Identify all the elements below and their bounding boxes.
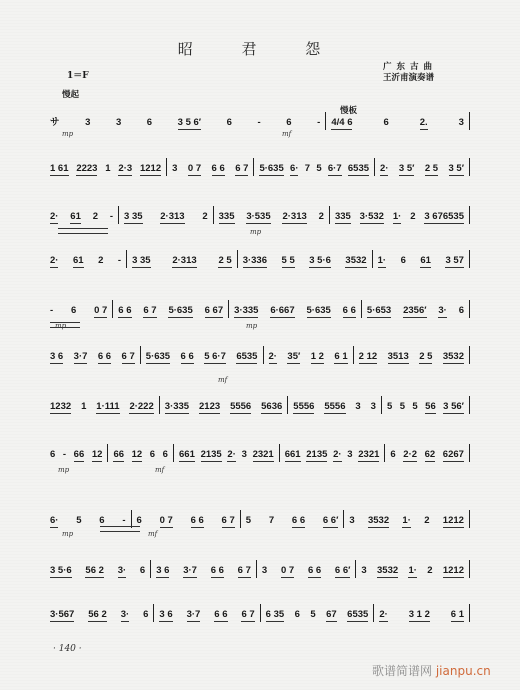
note-group: 6 6′ bbox=[323, 515, 338, 528]
measure: 5·6532356′3·6 bbox=[362, 300, 470, 318]
note-group: 2 bbox=[93, 211, 98, 224]
measure: 3·335212355565636 bbox=[160, 396, 289, 414]
measure: 1·6613 57 bbox=[373, 250, 470, 268]
page-number: · 140 · bbox=[53, 644, 82, 654]
note-group: 5 bbox=[387, 401, 392, 414]
measure: 3 352·3132 bbox=[119, 206, 214, 224]
note-group: - bbox=[110, 211, 113, 224]
note-group: 335 bbox=[219, 211, 235, 224]
measure: -60 7 bbox=[50, 300, 113, 318]
note-group: 61 bbox=[420, 255, 431, 268]
dynamic-marking: mp bbox=[62, 530, 73, 538]
note-group: 5·635 bbox=[168, 305, 192, 318]
note-group: 3 6 bbox=[156, 565, 169, 578]
note-group: 3532 bbox=[345, 255, 366, 268]
key-signature: 1＝F bbox=[67, 68, 89, 81]
notation-row: 3 5·656 23·63 63·76 66 730 76 66 6′33532… bbox=[50, 560, 470, 578]
note-group: 6 bbox=[143, 609, 148, 622]
measure: 66121352·32321 bbox=[174, 444, 280, 462]
dynamic-marking: mp bbox=[62, 130, 73, 138]
note-group: 6·667 bbox=[270, 305, 294, 318]
measure: 3 5·656 23·6 bbox=[50, 560, 151, 578]
source-origin: 广东古曲 bbox=[383, 62, 437, 73]
watermark-en: jianpu.cn bbox=[436, 664, 491, 678]
watermark-cn: 歌谱简谱网 bbox=[372, 664, 432, 678]
note-group: 2·313 bbox=[160, 211, 184, 224]
note-group: 6 7 bbox=[122, 351, 135, 364]
note-group: 6 6 bbox=[214, 609, 227, 622]
note-group: 0 7 bbox=[281, 565, 294, 578]
note-group: 2321 bbox=[358, 449, 379, 462]
note-group: 61 bbox=[70, 211, 81, 224]
note-group: 5·635 bbox=[259, 163, 283, 176]
note-group: 12 bbox=[92, 449, 103, 462]
note-group: 335 bbox=[335, 211, 351, 224]
note-group: 2· bbox=[227, 449, 235, 462]
note-group: 3· bbox=[438, 305, 446, 318]
source-arranger: 王沂甫演奏谱 bbox=[383, 73, 437, 84]
note-group: 1· bbox=[378, 255, 386, 268]
note-group: 2·2 bbox=[403, 449, 417, 462]
note-group: 3·532 bbox=[360, 211, 384, 224]
note-group: - bbox=[118, 255, 121, 268]
measure: 6-6612 bbox=[50, 444, 108, 462]
source-attribution: 广东古曲 王沂甫演奏谱 bbox=[383, 62, 437, 84]
note-group: 2 bbox=[427, 565, 432, 578]
note-group: 3 5 6′ bbox=[178, 117, 201, 130]
notation-row: 1 61222312·3121230 76 66 75·6356·756·765… bbox=[50, 158, 470, 176]
note-group: 2· bbox=[333, 449, 341, 462]
note-group: 5 bbox=[400, 401, 405, 414]
note-group: 6 6 bbox=[211, 565, 224, 578]
note-group: 1 61 bbox=[50, 163, 69, 176]
note-group: 6· bbox=[290, 163, 298, 176]
note-group: 6 bbox=[150, 449, 155, 462]
note-group: 6 bbox=[227, 117, 232, 130]
note-group: 5·635 bbox=[146, 351, 170, 364]
measure: 62·2626267 bbox=[385, 444, 470, 462]
measure: 4/4 662.3 bbox=[326, 112, 470, 130]
note-group: 3·535 bbox=[246, 211, 270, 224]
note-group: 3 bbox=[371, 401, 376, 414]
dynamic-marking: mp bbox=[250, 228, 261, 236]
note-group: 6267 bbox=[443, 449, 464, 462]
note-group: 2 bbox=[410, 211, 415, 224]
note-group: - bbox=[50, 305, 53, 318]
score-title: 昭 君 怨 bbox=[0, 38, 520, 59]
note-group: 2223 bbox=[76, 163, 97, 176]
note-group: 3 bbox=[347, 449, 352, 462]
measure: 2·35′1 26 1 bbox=[264, 346, 354, 364]
note-group: 1 bbox=[105, 163, 110, 176]
notation-row: 3·56756 23·63 63·76 66 76 35656765352·3 … bbox=[50, 604, 470, 622]
note-group: 3· bbox=[121, 609, 129, 622]
measure: 60 76 66 7 bbox=[132, 510, 241, 528]
note-group: 6 bbox=[50, 449, 55, 462]
note-group: 6 6 bbox=[118, 305, 131, 318]
note-group: 2· bbox=[379, 609, 387, 622]
measure: 3353·5321·23 676535 bbox=[330, 206, 470, 224]
note-group: 1· bbox=[402, 515, 410, 528]
opening-tempo: 慢起 bbox=[62, 88, 79, 100]
dynamic-marking: mf bbox=[155, 466, 164, 474]
note-group: 6535 bbox=[347, 609, 368, 622]
measure: 5556555633 bbox=[288, 396, 382, 414]
note-group: 6 67 bbox=[205, 305, 224, 318]
note-group: 3 bbox=[361, 565, 366, 578]
dynamic-marking: mf bbox=[148, 530, 157, 538]
note-group: - bbox=[63, 449, 66, 462]
measure: 2 1235132 53532 bbox=[354, 346, 470, 364]
measure: 2·3 5′2 53 5′ bbox=[375, 158, 470, 176]
note-group: 67 bbox=[326, 609, 337, 622]
note-group: 2321 bbox=[253, 449, 274, 462]
note-group: 2135 bbox=[201, 449, 222, 462]
note-group: 2 12 bbox=[359, 351, 378, 364]
note-group: 0 7 bbox=[188, 163, 201, 176]
measure: 6 66 75·6356 67 bbox=[113, 300, 229, 318]
note-group: 1· bbox=[408, 565, 416, 578]
note-group: 66 bbox=[74, 449, 85, 462]
note-group: 3 57 bbox=[445, 255, 464, 268]
measure: 5·6356 65 6·76535 bbox=[141, 346, 264, 364]
note-group: 5556 bbox=[293, 401, 314, 414]
note-group: - bbox=[317, 117, 320, 130]
note-group: 2· bbox=[50, 255, 58, 268]
note-group: 6· bbox=[50, 515, 58, 528]
hairpin-decrescendo bbox=[100, 526, 140, 532]
measure: 3 63·76 66 7 bbox=[50, 346, 141, 364]
note-group: 3 bbox=[459, 117, 464, 130]
note-group: 5556 bbox=[324, 401, 345, 414]
note-group: 2· bbox=[380, 163, 388, 176]
note-group: 5556 bbox=[230, 401, 251, 414]
watermark: 歌谱简谱网 jianpu.cn bbox=[372, 662, 491, 679]
measure: 3 63·76 66 7 bbox=[154, 604, 260, 622]
note-group: 61 bbox=[73, 255, 84, 268]
measure: 30 76 66 7 bbox=[167, 158, 254, 176]
note-group: 3· bbox=[118, 565, 126, 578]
note-group: 2. bbox=[420, 117, 428, 130]
note-group: 3532 bbox=[443, 351, 464, 364]
note-group: 6 6 bbox=[308, 565, 321, 578]
note-group: 6 bbox=[147, 117, 152, 130]
hairpin-decrescendo bbox=[50, 322, 80, 328]
note-group: 3532 bbox=[377, 565, 398, 578]
note-group: 3 56′ bbox=[443, 401, 464, 414]
measure: 576 66 6′ bbox=[241, 510, 345, 528]
note-group: 2 5 bbox=[218, 255, 231, 268]
note-group: 1212 bbox=[443, 515, 464, 528]
measure: 123211·1112·222 bbox=[50, 396, 160, 414]
measure: 3·3365 53 5·63532 bbox=[238, 250, 373, 268]
note-group: 5 bbox=[246, 515, 251, 528]
measure: 2·3 1 26 1 bbox=[374, 604, 470, 622]
note-group: 6 7 bbox=[222, 515, 235, 528]
measure: 3 352·3132 5 bbox=[127, 250, 238, 268]
note-group: 6 bbox=[140, 565, 145, 578]
note-group: 6 6 bbox=[292, 515, 305, 528]
note-group: 5 bbox=[76, 515, 81, 528]
note-group: 7 bbox=[269, 515, 274, 528]
note-group: 56 2 bbox=[88, 609, 107, 622]
measure: サ3363 5 6′6-6- bbox=[50, 112, 326, 130]
note-group: 3·7 bbox=[183, 565, 197, 578]
note-group: 3 bbox=[172, 163, 177, 176]
note-group: 3 35 bbox=[124, 211, 143, 224]
note-group: 3 bbox=[349, 515, 354, 528]
note-group: 3 bbox=[85, 117, 90, 130]
note-group: 6 bbox=[295, 609, 300, 622]
note-group: 6 1 bbox=[451, 609, 464, 622]
note-group: 6 7 bbox=[235, 163, 248, 176]
note-group: 6 6 bbox=[98, 351, 111, 364]
note-group: 6 7 bbox=[241, 609, 254, 622]
note-group: 4/4 6 bbox=[331, 117, 352, 130]
note-group: 2 5 bbox=[419, 351, 432, 364]
note-group: 3513 bbox=[388, 351, 409, 364]
note-group: 2 bbox=[98, 255, 103, 268]
note-group: 0 7 bbox=[94, 305, 107, 318]
note-group: 3·7 bbox=[74, 351, 88, 364]
note-group: 6 7 bbox=[238, 565, 251, 578]
note-group: 3532 bbox=[368, 515, 389, 528]
note-group: 3 6 bbox=[50, 351, 63, 364]
note-group: 2 5 bbox=[425, 163, 438, 176]
note-group: 2135 bbox=[306, 449, 327, 462]
note-group: 3·567 bbox=[50, 609, 74, 622]
note-group: 3 1 2 bbox=[409, 609, 430, 622]
note-group: 66 bbox=[113, 449, 124, 462]
note-group: 6 35 bbox=[266, 609, 285, 622]
note-group: 7 bbox=[305, 163, 310, 176]
note-group: 5 5 bbox=[282, 255, 295, 268]
note-group: 35′ bbox=[287, 351, 300, 364]
note-group: 3·335 bbox=[234, 305, 258, 318]
note-group: 3 5·6 bbox=[50, 565, 72, 578]
note-group: 5 bbox=[316, 163, 321, 176]
note-group: 1·111 bbox=[96, 401, 119, 414]
measure: 555563 56′ bbox=[382, 396, 470, 414]
notation-row: サ3363 5 6′6-6-4/4 662.3 bbox=[50, 112, 470, 130]
notation-row: 6-661266126666121352·3232166121352·32321… bbox=[50, 444, 470, 462]
note-group: 56 bbox=[425, 401, 436, 414]
dynamic-marking: mf bbox=[218, 376, 227, 384]
note-group: 2·222 bbox=[129, 401, 153, 414]
measure: 3·56756 23·6 bbox=[50, 604, 154, 622]
note-group: 2356′ bbox=[403, 305, 426, 318]
note-group: 1 bbox=[81, 401, 86, 414]
note-group: 5·635 bbox=[307, 305, 331, 318]
note-group: 6·7 bbox=[328, 163, 342, 176]
note-group: 2· bbox=[269, 351, 277, 364]
note-group: 6 6 bbox=[212, 163, 225, 176]
measure: 1 61222312·31212 bbox=[50, 158, 167, 176]
measure: 5·6356·756·76535 bbox=[254, 158, 375, 176]
note-group: 1232 bbox=[50, 401, 71, 414]
measure: 335321·21212 bbox=[356, 560, 470, 578]
note-group: 2 bbox=[202, 211, 207, 224]
note-group: 0 7 bbox=[160, 515, 173, 528]
note-group: 3·335 bbox=[165, 401, 189, 414]
note-group: 62 bbox=[425, 449, 436, 462]
note-group: 5636 bbox=[261, 401, 282, 414]
note-group: 3 5·6 bbox=[309, 255, 331, 268]
note-group: 6 bbox=[459, 305, 464, 318]
note-group: 6 bbox=[71, 305, 76, 318]
note-group: 6 1 bbox=[334, 351, 347, 364]
note-group: 5 bbox=[412, 401, 417, 414]
note-group: 6 6 bbox=[191, 515, 204, 528]
note-group: 661 bbox=[285, 449, 301, 462]
note-group: 6 bbox=[390, 449, 395, 462]
notation-row: 2·612-3 352·3132 53·3365 53 5·635321·661… bbox=[50, 250, 470, 268]
score-page: 昭 君 怨 1＝F 慢起 广东古曲 王沂甫演奏谱 慢板 サ3363 5 6′6-… bbox=[0, 0, 520, 690]
measure: 66121352·32321 bbox=[280, 444, 386, 462]
note-group: 56 2 bbox=[85, 565, 104, 578]
measure: 30 76 66 6′ bbox=[257, 560, 357, 578]
note-group: 3 35 bbox=[132, 255, 151, 268]
note-group: 1· bbox=[393, 211, 401, 224]
notation-row: -60 76 66 75·6356 673·3356·6675·6356 65·… bbox=[50, 300, 470, 318]
dynamic-marking: mp bbox=[246, 322, 257, 330]
note-group: 1212 bbox=[140, 163, 161, 176]
note-group: 3 bbox=[116, 117, 121, 130]
note-group: 3 bbox=[355, 401, 360, 414]
note-group: 5·653 bbox=[367, 305, 391, 318]
note-group: 2·313 bbox=[172, 255, 196, 268]
notation-row: 3 63·76 66 75·6356 65 6·765352·35′1 26 1… bbox=[50, 346, 470, 364]
note-group: 1212 bbox=[443, 565, 464, 578]
note-group: 6 bbox=[286, 117, 291, 130]
note-group: 6 bbox=[401, 255, 406, 268]
note-group: 2·3 bbox=[118, 163, 132, 176]
note-group: 6 bbox=[163, 449, 168, 462]
note-group: 2·313 bbox=[282, 211, 306, 224]
note-group: 3 676535 bbox=[424, 211, 464, 224]
note-group: 6 6′ bbox=[335, 565, 350, 578]
note-group: 6535 bbox=[348, 163, 369, 176]
measure: 2·612- bbox=[50, 250, 127, 268]
note-group: 5 6·7 bbox=[204, 351, 226, 364]
note-group: 3 5′ bbox=[399, 163, 414, 176]
note-group: 3 5′ bbox=[449, 163, 464, 176]
dynamic-marking: mf bbox=[282, 130, 291, 138]
note-group: 661 bbox=[179, 449, 195, 462]
note-group: 5 bbox=[310, 609, 315, 622]
note-group: 1 2 bbox=[311, 351, 324, 364]
notation-row: 123211·1112·2223·33521235556563655565556… bbox=[50, 396, 470, 414]
dynamic-marking: mp bbox=[58, 466, 69, 474]
note-group: 2 bbox=[424, 515, 429, 528]
note-group: 3 6 bbox=[159, 609, 172, 622]
note-group: 3 bbox=[242, 449, 247, 462]
hairpin-decrescendo bbox=[58, 228, 108, 234]
note-group: 3·7 bbox=[187, 609, 201, 622]
note-group: - bbox=[258, 117, 261, 130]
measure: 6 3565676535 bbox=[261, 604, 375, 622]
note-group: 12 bbox=[132, 449, 143, 462]
measure: 3353·5352·3132 bbox=[214, 206, 330, 224]
measure: 335321·21212 bbox=[344, 510, 470, 528]
note-group: 3 bbox=[262, 565, 267, 578]
note-group: 6 7 bbox=[143, 305, 156, 318]
measure: 3 63·76 66 7 bbox=[151, 560, 257, 578]
measure: 3·3356·6675·6356 6 bbox=[229, 300, 362, 318]
note-group: 6 6 bbox=[181, 351, 194, 364]
note-group: サ bbox=[50, 114, 60, 130]
note-group: 2 bbox=[319, 211, 324, 224]
note-group: 2· bbox=[50, 211, 58, 224]
note-group: 6535 bbox=[236, 351, 257, 364]
note-group: 3·336 bbox=[243, 255, 267, 268]
note-group: 6 6 bbox=[343, 305, 356, 318]
measure: 2·612- bbox=[50, 206, 119, 224]
notation-row: 2·612-3 352·31323353·5352·31323353·5321·… bbox=[50, 206, 470, 224]
measure: 661266 bbox=[108, 444, 174, 462]
note-group: 2123 bbox=[199, 401, 220, 414]
note-group: 6 bbox=[383, 117, 388, 130]
